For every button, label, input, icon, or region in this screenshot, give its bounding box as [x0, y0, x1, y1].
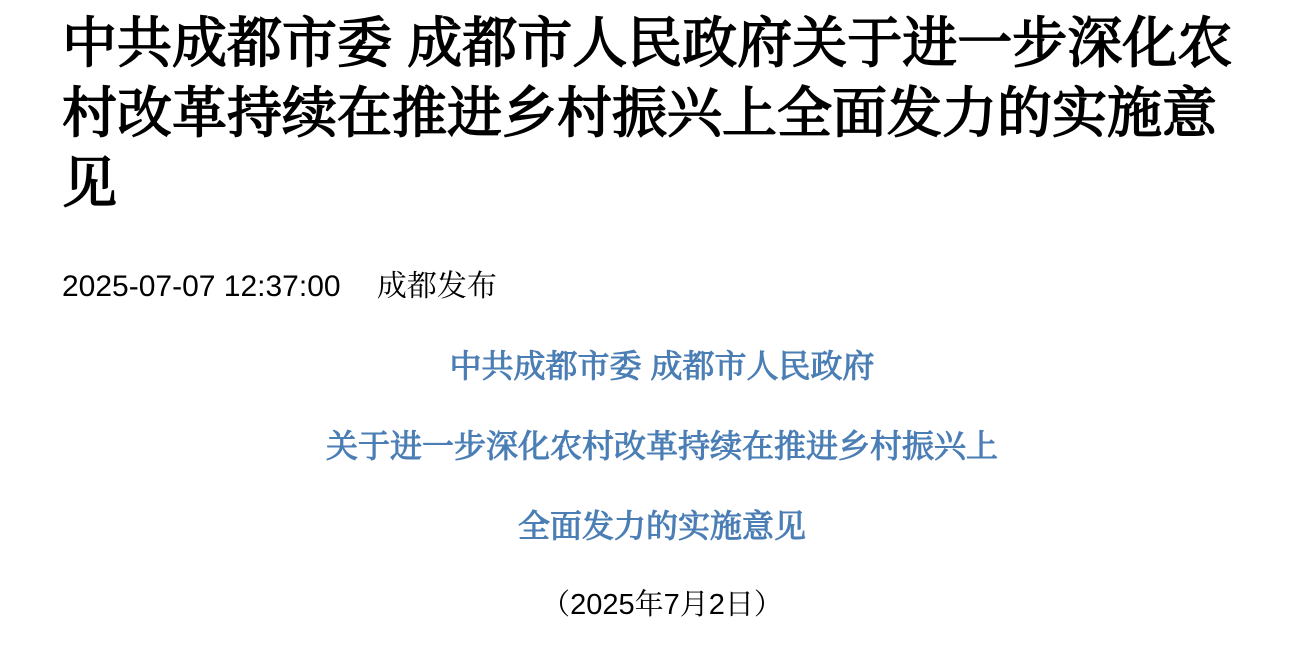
document-title-line-1: 中共成都市委 成都市人民政府	[62, 344, 1262, 389]
article-meta: 2025-07-07 12:37:00 成都发布	[62, 266, 1262, 308]
document-title-line-2: 关于进一步深化农村改革持续在推进乡村振兴上	[62, 424, 1262, 469]
document-date: （2025年7月2日）	[62, 584, 1262, 626]
article-headline: 中共成都市委 成都市人民政府关于进一步深化农村改革持续在推进乡村振兴上全面发力的…	[62, 8, 1262, 218]
publish-datetime: 2025-07-07 12:37:00	[62, 270, 341, 303]
article-page: 中共成都市委 成都市人民政府关于进一步深化农村改革持续在推进乡村振兴上全面发力的…	[0, 8, 1290, 626]
document-title-line-3: 全面发力的实施意见	[62, 504, 1262, 549]
publish-source: 成都发布	[377, 270, 497, 303]
